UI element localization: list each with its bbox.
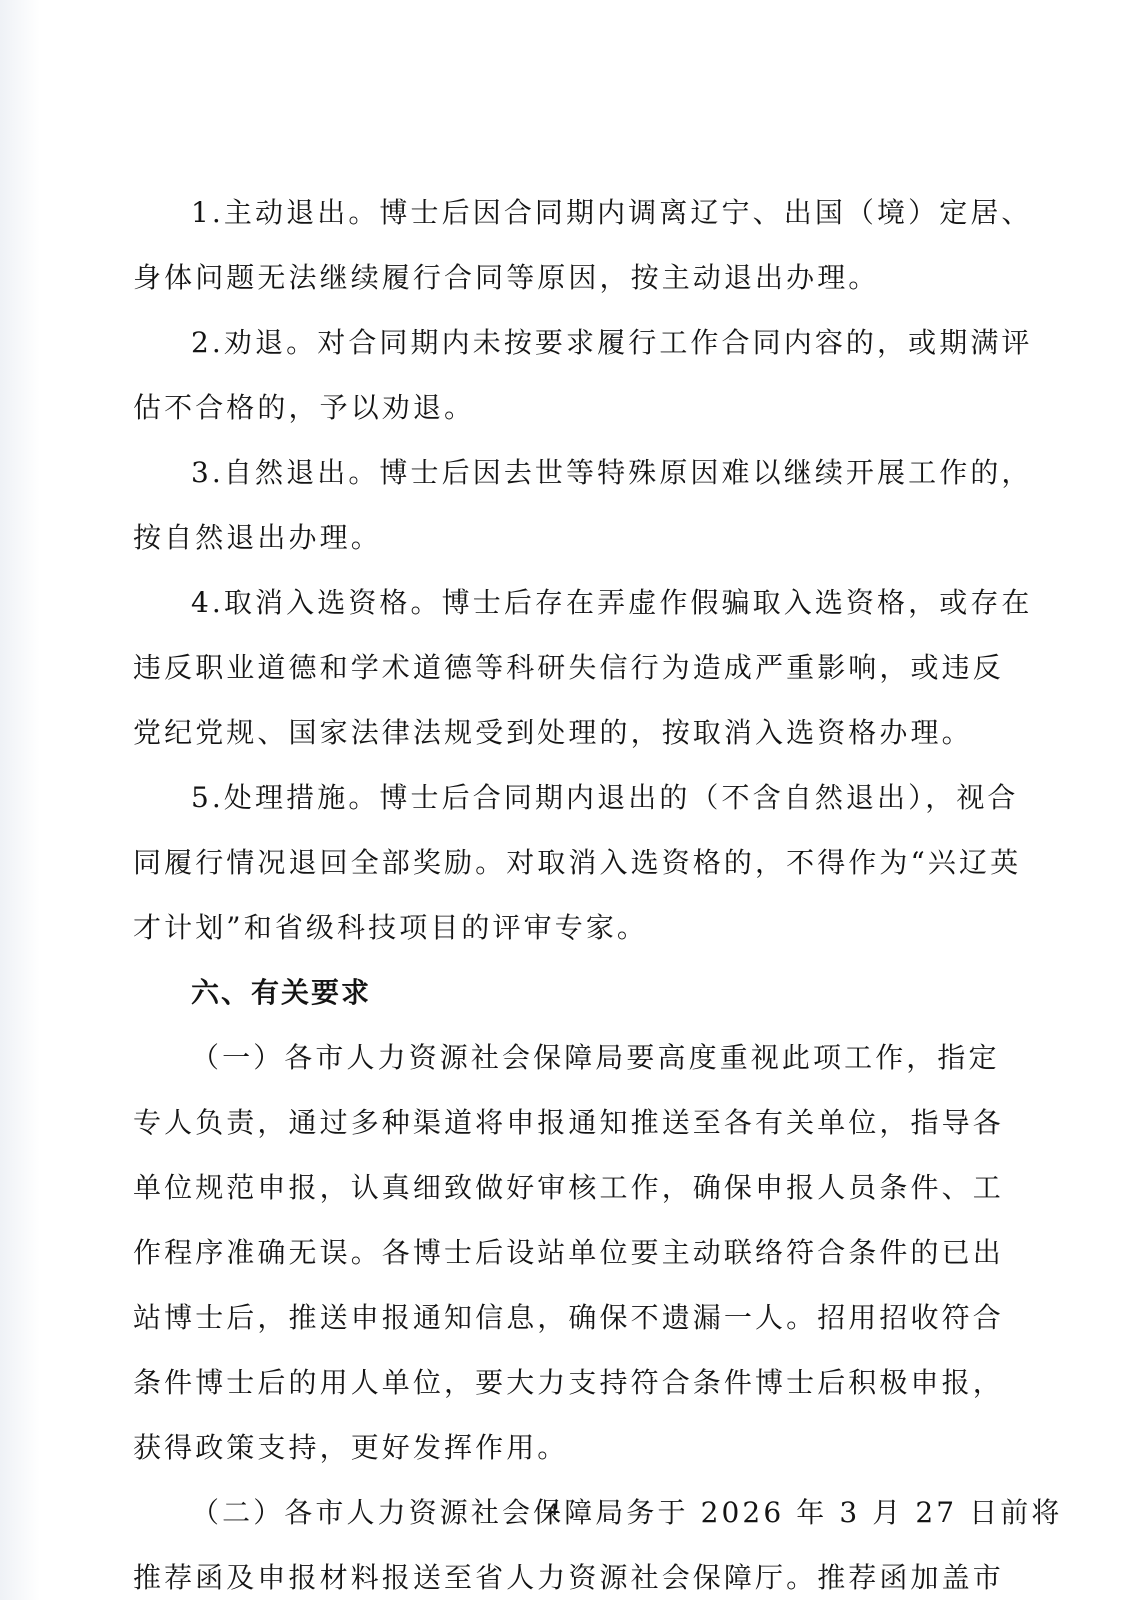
paragraph-line: 按自然退出办理。 [133,518,382,558]
paragraph-line: 4.取消入选资格。博士后存在弄虚作假骗取入选资格，或存在 [191,583,1033,623]
section-heading: 六、有关要求 [191,973,371,1013]
paragraph-line: 作程序准确无误。各博士后设站单位要主动联络符合条件的已出 [133,1233,1004,1273]
paragraph-line: （一）各市人力资源社会保障局要高度重视此项工作，指定 [191,1038,1000,1078]
paragraph-line: 单位规范申报，认真细致做好审核工作，确保申报人员条件、工 [133,1168,1004,1208]
paragraph-line: 专人负责，通过多种渠道将申报通知推送至各有关单位，指导各 [133,1103,1004,1143]
paragraph-line: 身体问题无法继续履行合同等原因，按主动退出办理。 [133,258,879,298]
paragraph-line: 1.主动退出。博士后因合同期内调离辽宁、出国（境）定居、 [191,193,1033,233]
page-number: 4 [548,1500,557,1520]
scan-edge-shadow [0,0,40,1600]
paragraph-line: 3.自然退出。博士后因去世等特殊原因难以继续开展工作的， [191,453,1033,493]
paragraph-line: 党纪党规、国家法律法规受到处理的，按取消入选资格办理。 [133,713,973,753]
paragraph-line: 推荐函及申报材料报送至省人力资源社会保障厅。推荐函加盖市 [133,1558,1004,1598]
paragraph-line: （二）各市人力资源社会保障局务于 2026 年 3 月 27 日前将 [191,1493,1063,1533]
paragraph-line: 获得政策支持，更好发挥作用。 [133,1428,568,1468]
document-page: 1.主动退出。博士后因合同期内调离辽宁、出国（境）定居、 身体问题无法继续履行合… [0,0,1134,1600]
paragraph-line: 站博士后，推送申报通知信息，确保不遗漏一人。招用招收符合 [133,1298,1004,1338]
paragraph-line: 才计划”和省级科技项目的评审专家。 [133,908,648,948]
paragraph-line: 条件博士后的用人单位，要大力支持符合条件博士后积极申报， [133,1363,1004,1403]
paragraph-line: 估不合格的，予以劝退。 [133,388,475,428]
paragraph-line: 5.处理措施。博士后合同期内退出的（不含自然退出），视合 [191,778,1019,818]
paragraph-line: 2.劝退。对合同期内未按要求履行工作合同内容的，或期满评 [191,323,1033,363]
paragraph-line: 违反职业道德和学术道德等科研失信行为造成严重影响，或违反 [133,648,1004,688]
paragraph-line: 同履行情况退回全部奖励。对取消入选资格的，不得作为“兴辽英 [133,843,1021,883]
